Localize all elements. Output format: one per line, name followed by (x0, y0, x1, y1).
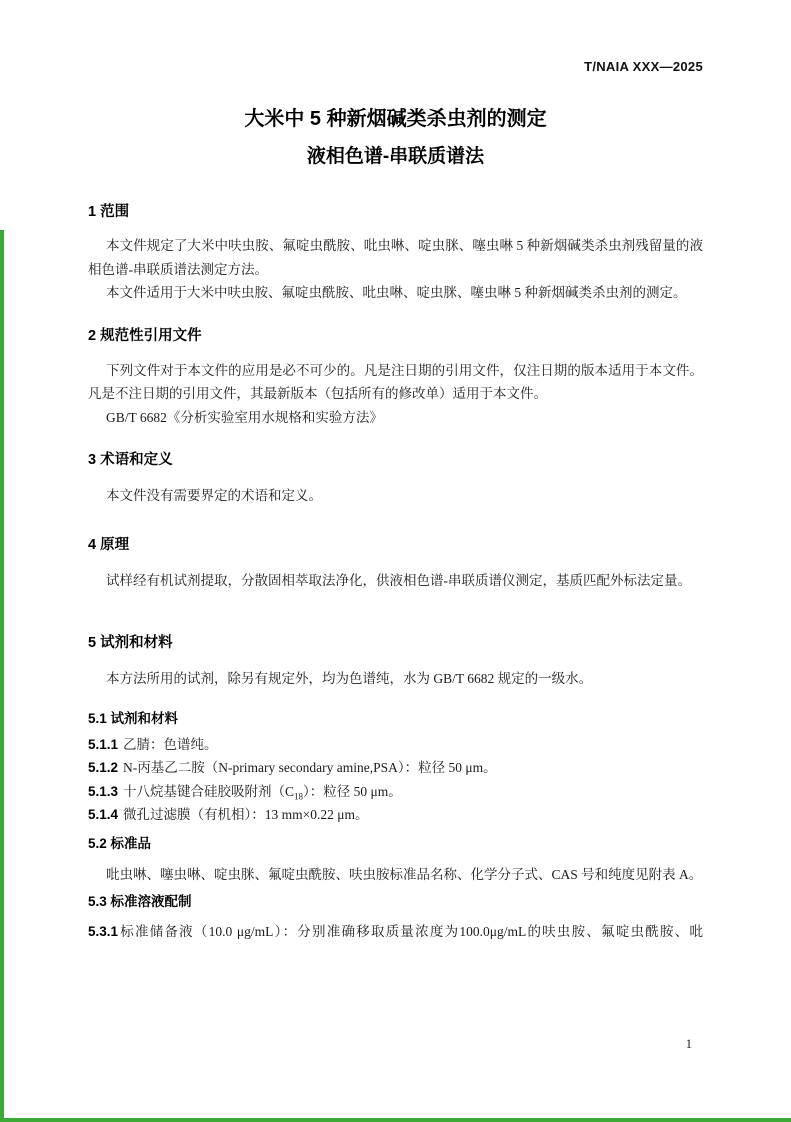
referenced-standard: GB/T 6682《分析实验室用水规格和实验方法》 (88, 406, 703, 430)
document-page: T/NAIA XXX—2025 大米中 5 种新烟碱类杀虫剂的测定 液相色谱-串… (0, 0, 791, 1122)
paragraph: 吡虫啉、噻虫啉、啶虫脒、氟啶虫酰胺、呋虫胺标准品名称、化学分子式、CAS 号和纯… (88, 863, 703, 887)
subsection-5-1-items: 5.1.1乙腈：色谱纯。 5.1.2N-丙基乙二胺（N-primary seco… (88, 733, 703, 827)
paragraph: 本文件适用于大米中呋虫胺、氟啶虫酰胺、吡虫啉、啶虫脒、噻虫啉 5 种新烟碱类杀虫… (88, 281, 703, 305)
paragraph: 本文件规定了大米中呋虫胺、氟啶虫酰胺、吡虫啉、啶虫脒、噻虫啉 5 种新烟碱类杀虫… (88, 234, 703, 281)
section-scope-body: 本文件规定了大米中呋虫胺、氟啶虫酰胺、吡虫啉、啶虫脒、噻虫啉 5 种新烟碱类杀虫… (88, 234, 703, 305)
clause-5-1-1: 5.1.1乙腈：色谱纯。 (88, 733, 703, 757)
subscript-18: 18 (294, 791, 303, 801)
page-number: 1 (686, 1037, 692, 1051)
document-subtitle: 液相色谱-串联质谱法 (88, 145, 703, 169)
clause-number: 5.1.1 (88, 737, 118, 752)
section-heading-normative-references: 2 规范性引用文件 (88, 327, 703, 345)
clause-5-1-4: 5.1.4微孔过滤膜（有机相）：13 mm×0.22 μm。 (88, 803, 703, 827)
section-heading-principle: 4 原理 (88, 536, 703, 554)
bottom-green-border (0, 1118, 791, 1122)
paragraph: 试样经有机试剂提取，分散固相萃取法净化，供液相色谱-串联质谱仪测定，基质匹配外标… (88, 569, 703, 593)
document-title: 大米中 5 种新烟碱类杀虫剂的测定 (88, 107, 703, 131)
clause-text: N-丙基乙二胺（N-primary secondary amine,PSA）：粒… (123, 760, 497, 775)
clause-5-1-2: 5.1.2N-丙基乙二胺（N-primary secondary amine,P… (88, 756, 703, 780)
section-heading-reagents-materials: 5 试剂和材料 (88, 634, 703, 652)
clause-5-1-3: 5.1.3十八烷基键合硅胶吸附剂（C18）：粒径 50 μm。 (88, 780, 703, 804)
subsection-heading-5-2: 5.2 标准品 (88, 835, 703, 853)
subsection-heading-5-3: 5.3 标准溶液配制 (88, 893, 703, 911)
paragraph: 本文件没有需要界定的术语和定义。 (88, 484, 703, 508)
section-heading-terms-definitions: 3 术语和定义 (88, 451, 703, 469)
clause-number: 5.1.2 (88, 760, 118, 775)
clause-text: ）：粒径 50 μm。 (303, 784, 402, 799)
clause-number: 5.1.3 (88, 784, 118, 799)
section-heading-scope: 1 范围 (88, 203, 703, 221)
standard-number: T/NAIA XXX—2025 (88, 0, 703, 74)
clause-5-3-1: 5.3.1标准储备液（10.0 μg/mL）：分别准确移取质量浓度为100.0μ… (88, 920, 703, 944)
clause-text: 标准储备液（10.0 μg/mL）：分别准确移取质量浓度为100.0μg/mL的… (119, 924, 703, 939)
clause-number: 5.1.4 (88, 807, 118, 822)
clause-text: 十八烷基键合硅胶吸附剂（C (123, 784, 294, 799)
clause-text: 微孔过滤膜（有机相）：13 mm×0.22 μm。 (123, 807, 368, 822)
section-reagents-materials-body: 本方法所用的试剂，除另有规定外，均为色谱纯，水为 GB/T 6682 规定的一级… (88, 667, 703, 691)
clause-number: 5.3.1 (88, 924, 118, 939)
subsection-5-2-body: 吡虫啉、噻虫啉、啶虫脒、氟啶虫酰胺、呋虫胺标准品名称、化学分子式、CAS 号和纯… (88, 863, 703, 887)
clause-text: 乙腈：色谱纯。 (123, 737, 218, 752)
paragraph: 下列文件对于本文件的应用是必不可少的。凡是注日期的引用文件，仅注日期的版本适用于… (88, 359, 703, 406)
left-green-border (0, 230, 4, 1122)
paragraph: 本方法所用的试剂，除另有规定外，均为色谱纯，水为 GB/T 6682 规定的一级… (88, 667, 703, 691)
section-terms-definitions-body: 本文件没有需要界定的术语和定义。 (88, 484, 703, 508)
page-content: T/NAIA XXX—2025 大米中 5 种新烟碱类杀虫剂的测定 液相色谱-串… (88, 0, 703, 944)
subsection-5-3-body: 5.3.1标准储备液（10.0 μg/mL）：分别准确移取质量浓度为100.0μ… (88, 920, 703, 944)
section-principle-body: 试样经有机试剂提取，分散固相萃取法净化，供液相色谱-串联质谱仪测定，基质匹配外标… (88, 569, 703, 593)
section-normative-references-body: 下列文件对于本文件的应用是必不可少的。凡是注日期的引用文件，仅注日期的版本适用于… (88, 359, 703, 430)
subsection-heading-5-1: 5.1 试剂和材料 (88, 710, 703, 728)
